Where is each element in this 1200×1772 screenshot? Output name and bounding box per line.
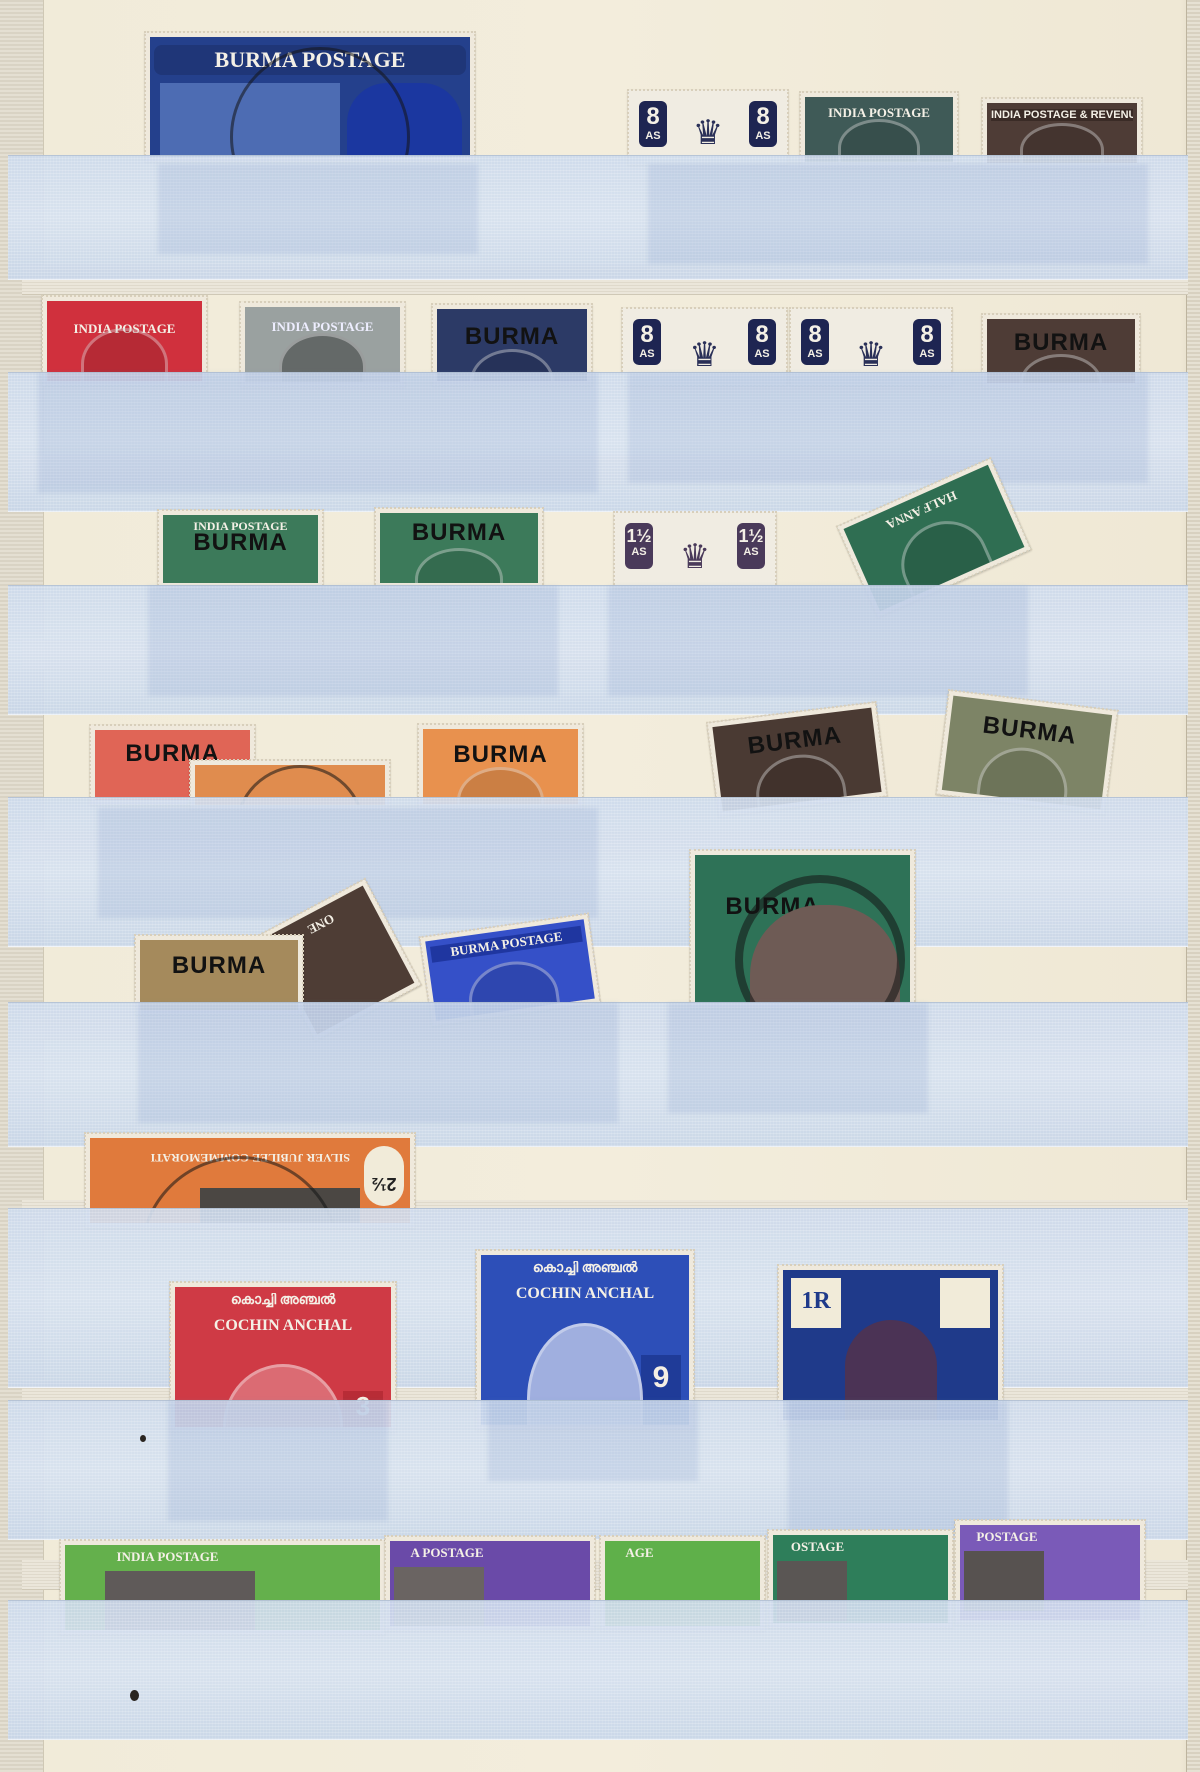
crown-icon: ♛ xyxy=(856,335,886,375)
value-tablet: 9 xyxy=(641,1355,681,1405)
stamp-india-overprint-burma-green[interactable]: INDIA POSTAGE BURMA xyxy=(158,510,323,588)
glassine-strip xyxy=(8,797,1188,947)
stamp-1-half-annas[interactable]: 1½AS 1½AS ♛ xyxy=(614,512,776,588)
glassine-strip xyxy=(8,585,1188,715)
glassine-strip xyxy=(8,155,1188,280)
ink-blot xyxy=(140,1435,146,1442)
value-tablet: 2½ xyxy=(364,1146,404,1206)
crown-icon: ♛ xyxy=(689,335,719,375)
crown-icon: ♛ xyxy=(693,113,723,153)
stamp-india-overprint-burma-green-large[interactable]: BURMA xyxy=(690,850,915,1008)
stockbook-page: BURMA POSTAGE 8AS 8AS ♛ INDIA POSTAGE IN… xyxy=(0,0,1200,1772)
value-tablet-burmese xyxy=(940,1278,990,1328)
ink-blot xyxy=(130,1690,139,1701)
right-binding xyxy=(1186,0,1200,1772)
stamp-india-overprint-burma-green[interactable]: BURMA xyxy=(375,508,543,588)
glassine-strip xyxy=(8,1400,1188,1540)
stamp-burma-postage[interactable]: BURMA POSTAGE xyxy=(145,32,475,162)
glassine-strip xyxy=(8,372,1188,512)
stamp-8-annas[interactable]: 8AS 8AS ♛ xyxy=(628,90,788,165)
crown-icon: ♛ xyxy=(680,537,710,577)
glassine-strip xyxy=(8,1600,1188,1740)
glassine-strip xyxy=(8,1002,1188,1147)
value-tablet: 1R xyxy=(791,1278,841,1328)
